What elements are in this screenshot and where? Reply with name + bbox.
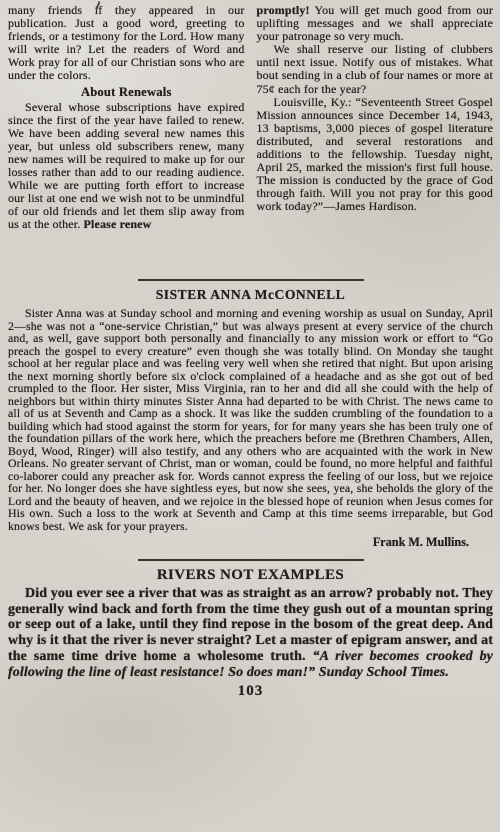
page-number: 103: [8, 683, 493, 700]
sister-anna-section: SISTER ANNA McCONNELL Sister Anna was at…: [8, 287, 493, 550]
rivers-section: RIVERS NOT EXAMPLES Did you ever see a r…: [8, 567, 493, 680]
promptly-paragraph: promptly! You will get much good from ou…: [257, 4, 494, 43]
renewals-paragraph: Several whose subscriptions have expired…: [8, 101, 245, 232]
about-renewals-heading: About Renewals: [8, 85, 245, 100]
attribution-text: Sunday School Times.: [319, 665, 449, 680]
newsletter-page: many friends if they appeared in our pub…: [0, 0, 500, 832]
promptly-bold-text: promptly!: [257, 4, 310, 17]
clubbers-paragraph: We shall reserve our listing of clubbers…: [257, 43, 494, 95]
louisville-report-paragraph: Louisville, Ky.: “Seventeenth Street Gos…: [257, 96, 494, 214]
section-divider: [138, 279, 364, 281]
left-column-paragraph-continued: many friends if they appeared in our pub…: [8, 4, 245, 83]
left-column: many friends if they appeared in our pub…: [8, 4, 245, 270]
sister-anna-obituary-paragraph: Sister Anna was at Sunday school and mor…: [8, 307, 493, 532]
renewals-paragraph-text: Several whose subscriptions have expired…: [8, 100, 245, 232]
please-renew-bold-text: Please renew: [84, 217, 152, 231]
rivers-paragraph: Did you ever see a river that was as str…: [8, 586, 493, 680]
sister-anna-heading: SISTER ANNA McCONNELL: [8, 287, 493, 303]
author-signature: Frank M. Mullins.: [8, 535, 469, 550]
rivers-heading: RIVERS NOT EXAMPLES: [8, 567, 493, 584]
right-column: promptly! You will get much good from ou…: [257, 4, 494, 270]
section-divider: [138, 559, 364, 561]
two-column-section: many friends if they appeared in our pub…: [8, 4, 493, 270]
